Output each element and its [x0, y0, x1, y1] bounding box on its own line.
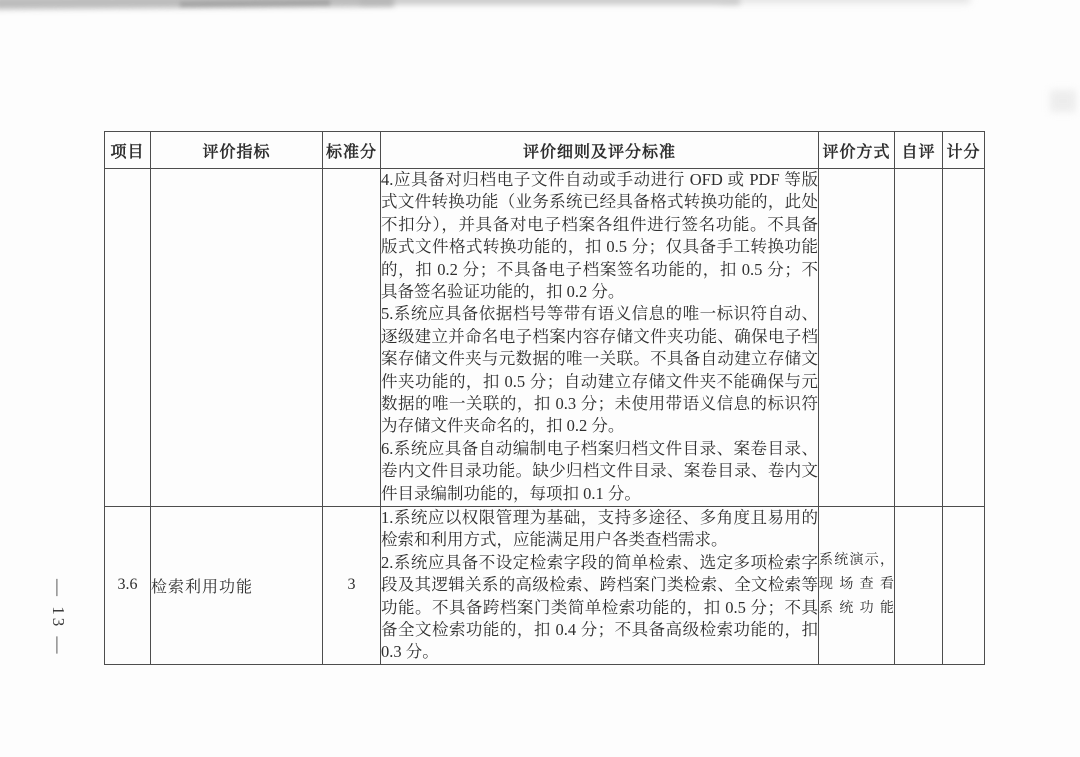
- cell-score: [943, 169, 985, 507]
- header-indicator: 评价指标: [151, 132, 323, 169]
- method-line: 系统演示，: [819, 549, 894, 573]
- table-row-continuation: 4.应具备对归档电子文件自动或手动进行 OFD 或 PDF 等版式文件转换功能（…: [105, 169, 985, 507]
- cell-method: [819, 169, 895, 507]
- header-standard-score: 标准分: [323, 132, 381, 169]
- method-line: 系统功能: [819, 597, 894, 621]
- scan-artifact-top-left: [0, 0, 394, 9]
- page-number: — 13 —: [48, 563, 68, 673]
- cell-item: 3.6: [105, 507, 151, 665]
- table-header-row: 项目 评价指标 标准分 评价细则及评分标准 评价方式 自评 计分: [105, 132, 985, 169]
- header-item: 项目: [105, 132, 151, 169]
- cell-self-eval: [895, 507, 943, 665]
- table-row-retrieval: 3.6 检索利用功能 3 1.系统应以权限管理为基础，支持多途径、多角度且易用的…: [105, 507, 985, 665]
- cell-standard-score: 3: [323, 507, 381, 665]
- cell-method: 系统演示， 现场查看 系统功能: [819, 507, 895, 665]
- criteria-paragraph: 5.系统应具备依据档号等带有语义信息的唯一标识符自动、逐级建立并命名电子档案内容…: [381, 303, 818, 437]
- header-score: 计分: [943, 132, 985, 169]
- header-criteria: 评价细则及评分标准: [381, 132, 819, 169]
- cell-indicator: 检索利用功能: [151, 507, 323, 665]
- criteria-paragraph: 4.应具备对归档电子文件自动或手动进行 OFD 或 PDF 等版式文件转换功能（…: [381, 169, 818, 303]
- criteria-paragraph: 1.系统应以权限管理为基础，支持多途径、多角度且易用的检索和利用方式，应能满足用…: [381, 507, 818, 552]
- method-line: 现场查看: [819, 573, 894, 597]
- cell-criteria: 4.应具备对归档电子文件自动或手动进行 OFD 或 PDF 等版式文件转换功能（…: [381, 169, 819, 507]
- criteria-paragraph: 2.系统应具备不设定检索字段的简单检索、选定多项检索字段及其逻辑关系的高级检索、…: [381, 552, 818, 664]
- scan-artifact-top-right: [720, 0, 970, 3]
- cell-self-eval: [895, 169, 943, 507]
- evaluation-table: 项目 评价指标 标准分 评价细则及评分标准 评价方式 自评 计分 4.应具备对归…: [104, 131, 985, 665]
- cell-standard-score: [323, 169, 381, 507]
- scan-artifact-top-middle: [360, 0, 740, 5]
- scanned-document-page: { "page": { "number_label": "— 13 —" }, …: [0, 0, 1080, 757]
- cell-item: [105, 169, 151, 507]
- header-method: 评价方式: [819, 132, 895, 169]
- cell-indicator: [151, 169, 323, 507]
- cell-score: [943, 507, 985, 665]
- cell-criteria: 1.系统应以权限管理为基础，支持多途径、多角度且易用的检索和利用方式，应能满足用…: [381, 507, 819, 665]
- header-self-eval: 自评: [895, 132, 943, 169]
- scan-artifact-right-edge: [1050, 90, 1076, 112]
- criteria-paragraph: 6.系统应具备自动编制电子档案归档文件目录、案卷目录、卷内文件目录功能。缺少归档…: [381, 438, 818, 505]
- scan-artifact-top-dash: [180, 0, 330, 7]
